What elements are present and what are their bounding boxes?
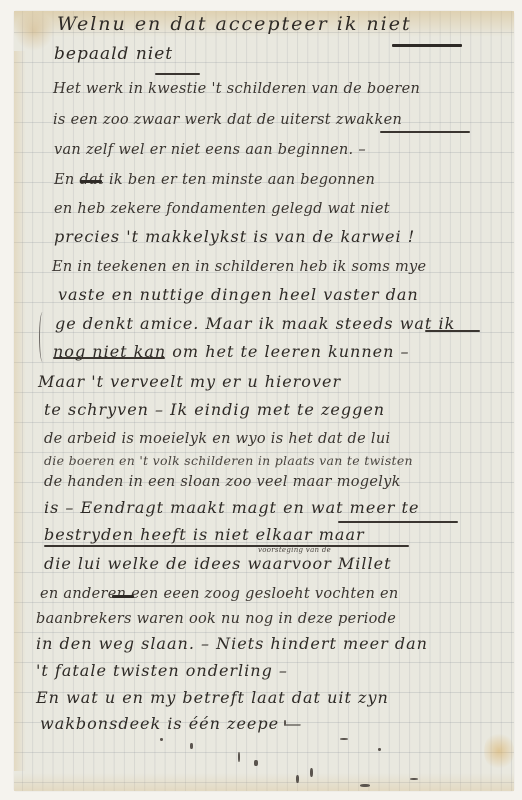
margin-bracket bbox=[39, 312, 46, 362]
text-line: vaste en nuttige dingen heel vaster dan bbox=[58, 287, 419, 303]
ink-bleed-mark bbox=[238, 752, 240, 762]
text-line: Het werk in kwestie 't schilderen van de… bbox=[53, 82, 420, 97]
underline bbox=[425, 330, 480, 332]
ink-bleed-mark bbox=[410, 778, 418, 780]
ink-bleed-mark bbox=[254, 760, 258, 766]
text-line: En dat ik ben er ten minste aan begonnen bbox=[54, 173, 375, 188]
ink-bleed-mark bbox=[160, 738, 163, 741]
ink-bleed-mark bbox=[378, 748, 381, 751]
text-line: 't fatale twisten onderling – bbox=[36, 663, 288, 679]
document-scan: Welnu en dat accepteer ik niet bepaald n… bbox=[0, 0, 522, 800]
text-line: de arbeid is moeielyk en wyo is het dat … bbox=[44, 432, 390, 447]
strikethrough bbox=[80, 180, 102, 183]
strikethrough bbox=[112, 595, 134, 598]
text-line: te schryven – Ik eindig met te zeggen bbox=[44, 402, 385, 418]
text-line: wakbonsdeek is één zeepe — bbox=[40, 716, 302, 732]
text-line: de handen in een sloan zoo veel maar mog… bbox=[44, 475, 401, 490]
text-line: Maar 't verveelt my er u hierover bbox=[38, 374, 341, 390]
text-line: bepaald niet bbox=[54, 46, 173, 63]
underline bbox=[44, 545, 409, 547]
text-line: precies 't makkelykst is van de karwei ! bbox=[54, 229, 415, 245]
text-line: baanbrekers waren ook nu nog in deze per… bbox=[36, 612, 396, 627]
text-line: die lui welke de idees waarvoor Millet bbox=[44, 556, 392, 572]
text-line: En in teekenen en in schilderen heb ik s… bbox=[52, 260, 426, 275]
ink-bleed-mark bbox=[340, 738, 348, 740]
underline bbox=[53, 357, 165, 359]
text-line: Welnu en dat accepteer ik niet bbox=[57, 15, 412, 34]
ink-bleed-mark bbox=[296, 775, 299, 783]
text-line: is een zoo zwaar werk dat de uiterst zwa… bbox=[53, 113, 402, 128]
text-line: is – Eendragt maakt magt en wat meer te bbox=[44, 500, 419, 516]
text-line: En wat u en my betreft laat dat uit zyn bbox=[36, 690, 389, 706]
ink-bleed-mark bbox=[360, 784, 370, 787]
interlinear-insertion: voorsteging van de bbox=[258, 547, 331, 554]
ink-bleed-mark bbox=[284, 720, 286, 726]
underline bbox=[338, 521, 458, 523]
handwritten-text: Welnu en dat accepteer ik niet bepaald n… bbox=[0, 0, 522, 800]
text-line: bestryden heeft is niet elkaar maar bbox=[44, 527, 365, 543]
text-line: in den weg slaan. – Niets hindert meer d… bbox=[36, 636, 428, 652]
text-line: en heb zekere fondamenten gelegd wat nie… bbox=[54, 202, 390, 217]
text-line: en anderen een eeen zoog gesloeht vochte… bbox=[40, 587, 399, 602]
text-line: die boeren en 't volk schilderen in plaa… bbox=[44, 455, 413, 468]
underline bbox=[380, 131, 470, 133]
ink-bleed-mark bbox=[190, 743, 193, 749]
text-line: ge denkt amice. Maar ik maak steeds wat … bbox=[55, 316, 455, 332]
ink-bleed-mark bbox=[310, 768, 313, 777]
underline bbox=[392, 44, 462, 47]
underline bbox=[155, 73, 200, 75]
text-line: van zelf wel er niet eens aan beginnen. … bbox=[54, 143, 366, 158]
